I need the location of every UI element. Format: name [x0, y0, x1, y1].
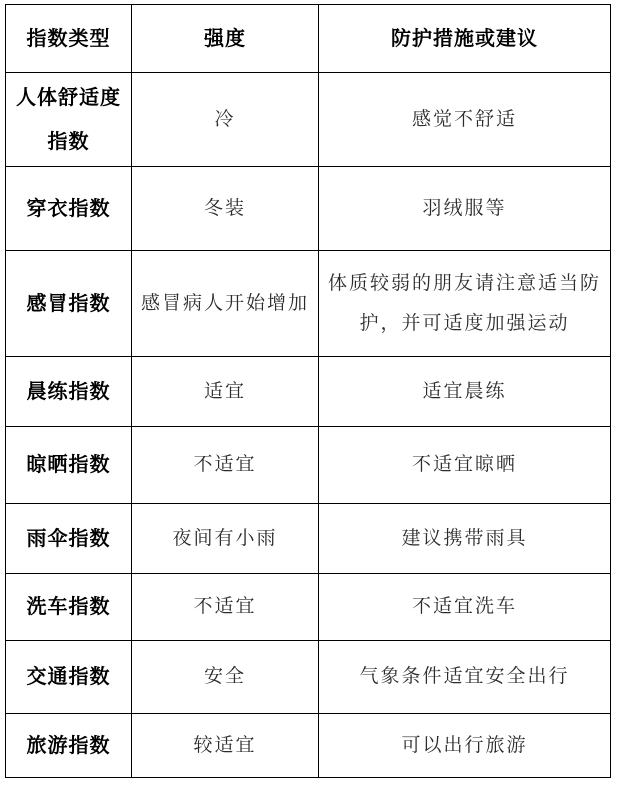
- intensity-cell: 安全: [132, 641, 319, 714]
- index-type-cell: 洗车指数: [6, 574, 132, 641]
- advice-cell: 体质较弱的朋友请注意适当防护，并可适度加强运动: [319, 251, 611, 357]
- table-row-comfort: 人体舒适度指数 冷 感觉不舒适: [6, 73, 611, 167]
- table-row-cold: 感冒指数 感冒病人开始增加 体质较弱的朋友请注意适当防护，并可适度加强运动: [6, 251, 611, 357]
- intensity-cell: 冬装: [132, 167, 319, 251]
- index-type-cell: 旅游指数: [6, 714, 132, 778]
- index-type-cell: 晾晒指数: [6, 427, 132, 504]
- intensity-cell: 感冒病人开始增加: [132, 251, 319, 357]
- col-header-advice: 防护措施或建议: [319, 5, 611, 73]
- col-header-intensity: 强度: [132, 5, 319, 73]
- advice-cell: 气象条件适宜安全出行: [319, 641, 611, 714]
- intensity-cell: 适宜: [132, 357, 319, 427]
- index-type-cell: 感冒指数: [6, 251, 132, 357]
- table-row-dressing: 穿衣指数 冬装 羽绒服等: [6, 167, 611, 251]
- advice-cell: 建议携带雨具: [319, 504, 611, 574]
- table-row-travel: 旅游指数 较适宜 可以出行旅游: [6, 714, 611, 778]
- weather-index-table: 指数类型 强度 防护措施或建议 人体舒适度指数 冷 感觉不舒适 穿衣指数 冬装 …: [5, 4, 611, 778]
- table-row-morning-exercise: 晨练指数 适宜 适宜晨练: [6, 357, 611, 427]
- advice-cell: 不适宜晾晒: [319, 427, 611, 504]
- document-page: 指数类型 强度 防护措施或建议 人体舒适度指数 冷 感觉不舒适 穿衣指数 冬装 …: [0, 0, 617, 778]
- advice-cell: 感觉不舒适: [319, 73, 611, 167]
- table-row-car-wash: 洗车指数 不适宜 不适宜洗车: [6, 574, 611, 641]
- table-row-umbrella: 雨伞指数 夜间有小雨 建议携带雨具: [6, 504, 611, 574]
- advice-cell: 可以出行旅游: [319, 714, 611, 778]
- index-type-cell: 交通指数: [6, 641, 132, 714]
- intensity-cell: 不适宜: [132, 574, 319, 641]
- col-header-index-type: 指数类型: [6, 5, 132, 73]
- index-type-cell: 晨练指数: [6, 357, 132, 427]
- advice-cell: 羽绒服等: [319, 167, 611, 251]
- table-row-traffic: 交通指数 安全 气象条件适宜安全出行: [6, 641, 611, 714]
- intensity-cell: 冷: [132, 73, 319, 167]
- intensity-cell: 夜间有小雨: [132, 504, 319, 574]
- header-row: 指数类型 强度 防护措施或建议: [6, 5, 611, 73]
- intensity-cell: 较适宜: [132, 714, 319, 778]
- index-type-cell: 穿衣指数: [6, 167, 132, 251]
- advice-cell: 适宜晨练: [319, 357, 611, 427]
- intensity-cell: 不适宜: [132, 427, 319, 504]
- index-type-cell: 雨伞指数: [6, 504, 132, 574]
- advice-cell: 不适宜洗车: [319, 574, 611, 641]
- index-type-cell: 人体舒适度指数: [6, 73, 132, 167]
- table-row-drying: 晾晒指数 不适宜 不适宜晾晒: [6, 427, 611, 504]
